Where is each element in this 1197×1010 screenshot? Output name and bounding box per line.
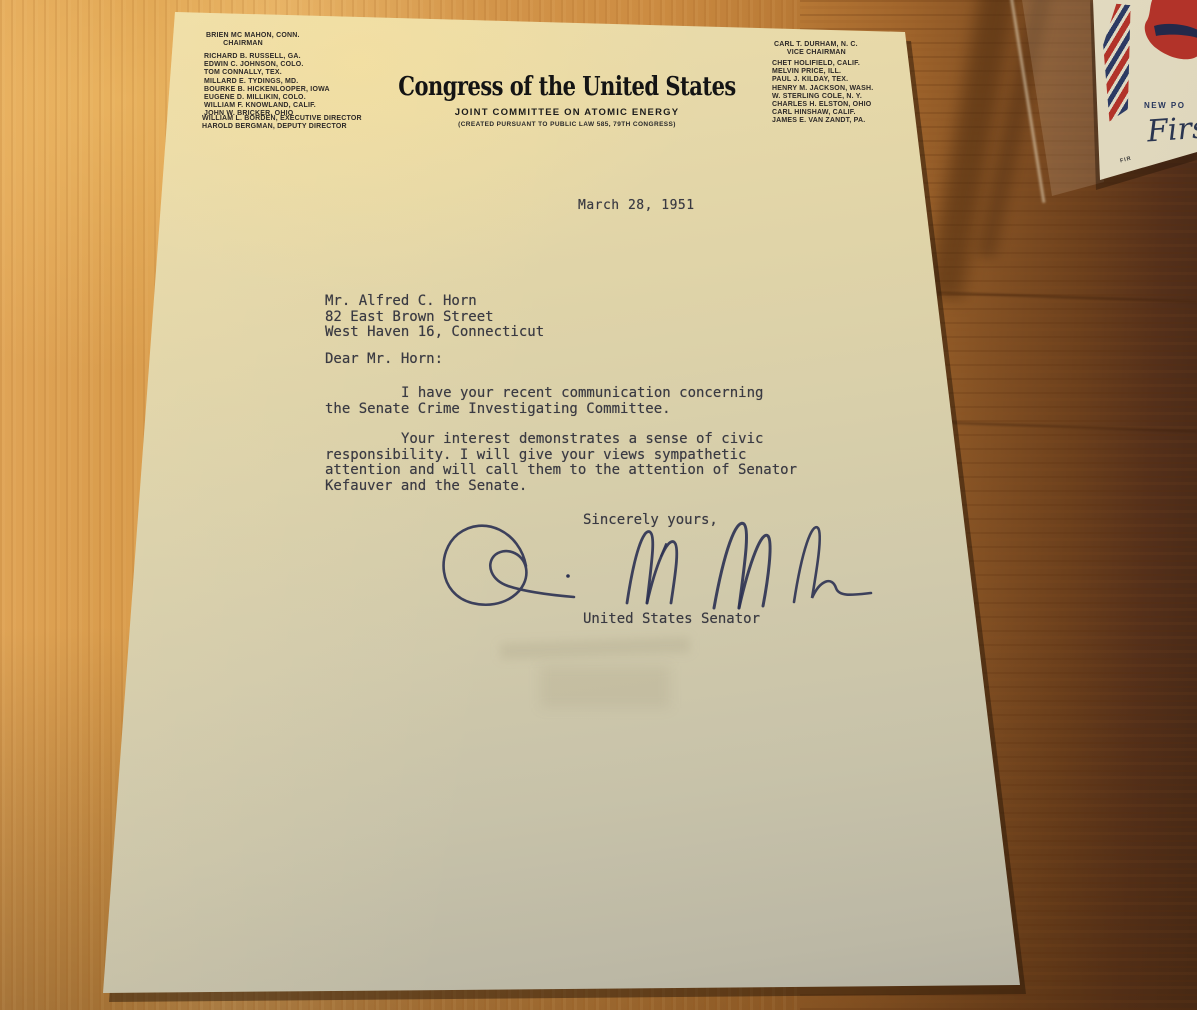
photo-scene: NEW PO First FIR BRIEN MC MAHON, CONN. C… bbox=[0, 0, 1197, 1010]
letterhead-note: (CREATED PURSUANT TO PUBLIC LAW 585, 79T… bbox=[392, 121, 742, 128]
committee-house-members: CHET HOLIFIELD, CALIF. MELVIN PRICE, ILL… bbox=[772, 60, 873, 126]
salutation: Dear Mr. Horn: bbox=[325, 351, 443, 367]
committee-chairman-block: BRIEN MC MAHON, CONN. CHAIRMAN bbox=[206, 32, 300, 48]
committee-staff: WILLIAM L. BORDEN, EXECUTIVE DIRECTOR HA… bbox=[202, 115, 362, 131]
envelope-script-text: First bbox=[1146, 110, 1197, 150]
body-paragraph-1: I have your recent communication concern… bbox=[325, 386, 763, 417]
signer-title: United States Senator bbox=[583, 611, 760, 627]
letterhead-subtitle: JOINT COMMITTEE ON ATOMIC ENERGY bbox=[392, 107, 742, 118]
flag-icon bbox=[1094, 3, 1140, 124]
body-paragraph-2: Your interest demonstrates a sense of ci… bbox=[325, 432, 797, 494]
letterhead-title: Congress of the United States bbox=[392, 70, 742, 101]
red-map-icon bbox=[1142, 0, 1197, 66]
envelope-caption-text: NEW PO bbox=[1144, 101, 1185, 110]
committee-vice-chairman-block: CARL T. DURHAM, N. C. VICE CHAIRMAN bbox=[774, 41, 858, 57]
letter-date: March 28, 1951 bbox=[578, 198, 695, 213]
committee-senate-members: RICHARD B. RUSSELL, GA. EDWIN C. JOHNSON… bbox=[204, 53, 330, 119]
envelope-smallprint-text: FIR bbox=[1119, 156, 1132, 165]
recipient-address: Mr. Alfred C. Horn 82 East Brown Street … bbox=[325, 294, 544, 341]
paper-showthrough bbox=[540, 666, 670, 708]
